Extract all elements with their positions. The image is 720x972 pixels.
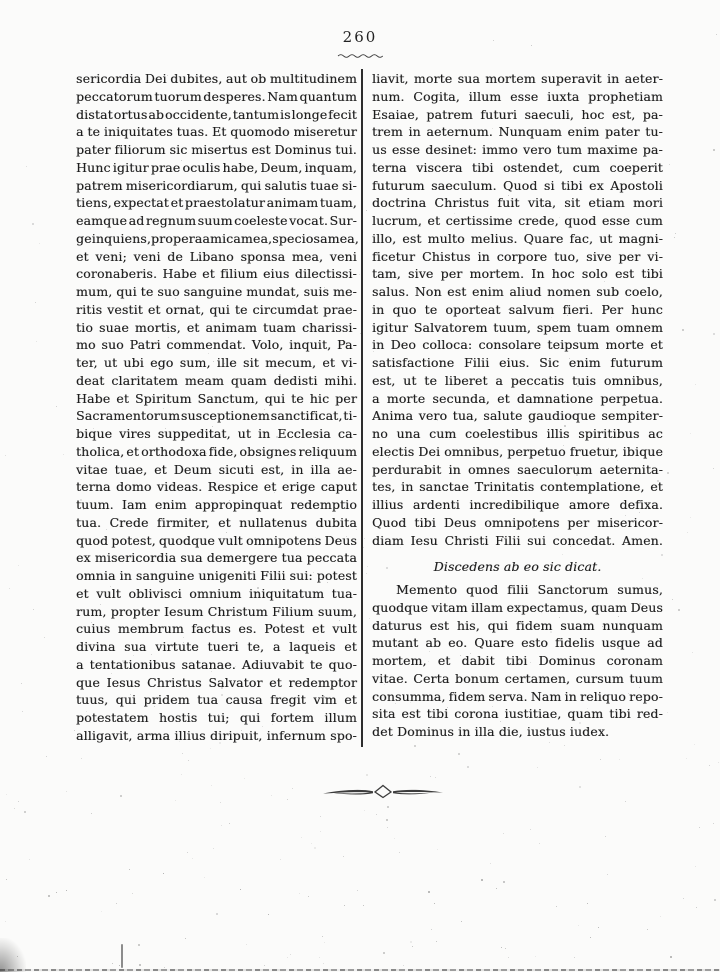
text-line: tam,sivepermortem.Inhocsoloesttibi — [372, 265, 663, 283]
text-line: mutantabeo.Quareestofidelisusquead — [372, 634, 663, 652]
scan-speck — [686, 758, 687, 759]
scan-speck — [667, 712, 668, 713]
scan-speck — [564, 745, 565, 746]
scan-speck — [264, 965, 265, 966]
scan-speck — [185, 938, 186, 939]
scan-speck — [5, 921, 6, 922]
scan-speck — [120, 795, 122, 797]
corner-smudge — [0, 938, 26, 972]
text-line: tiens,expectatetpraestolaturanimamtuam, — [76, 194, 357, 212]
scan-speck — [74, 730, 75, 731]
text-line: coronaberis.Habeetfiliumeiusdilectissi- — [76, 265, 357, 283]
page-number: 260 — [0, 28, 720, 46]
scan-speck — [175, 800, 176, 801]
text-line: mosuoPatricommendat.Volo,inquit,Pa- — [76, 336, 357, 354]
scan-speck — [192, 858, 193, 859]
scan-speck — [319, 957, 320, 958]
scan-speck — [244, 778, 245, 779]
scan-speck — [46, 756, 47, 757]
scan-speck — [461, 921, 462, 922]
scan-speck — [5, 455, 6, 456]
scan-speck — [44, 637, 45, 638]
scan-speck — [287, 799, 288, 800]
text-line: potestatemhostistui;quifortemillum — [76, 709, 357, 727]
text-line: Huncigiturpraeoculishabe,Deum,inquam, — [76, 159, 357, 177]
text-line: cuiusmembrumfactuses.Potestetvult — [76, 620, 357, 638]
scan-speck — [268, 914, 269, 915]
scan-speck — [430, 776, 431, 777]
text-line: salus.Nonestenimaliudnomensubcoelo, — [372, 283, 663, 301]
scan-speck — [344, 905, 345, 906]
scan-speck — [314, 847, 316, 849]
scan-speck — [56, 892, 57, 893]
section-heading: Discedens ab eo sic dicat. — [372, 558, 663, 576]
scan-speck — [216, 913, 218, 915]
scan-speck — [530, 829, 531, 830]
scan-speck — [204, 877, 205, 878]
wavy-underline-icon — [337, 52, 383, 59]
scan-speck — [428, 891, 430, 893]
text-line: tes,insanctaeTrinitatiscontemplatione,et — [372, 478, 663, 496]
scan-speck — [501, 947, 502, 948]
scan-speck — [695, 866, 696, 867]
text-line: eamqueadregnumsuumcoelestevocat.Sur- — [76, 212, 357, 230]
column-divider-rule — [361, 69, 363, 747]
scan-speck — [81, 758, 82, 759]
scan-speck — [714, 899, 716, 901]
scan-speck — [129, 869, 130, 870]
scan-speck — [359, 274, 360, 275]
text-line: omniainsanguineunigenitiFiliisui:potest — [76, 567, 357, 585]
page-bottom-edge-line — [0, 969, 720, 971]
scan-speck — [505, 948, 506, 949]
text-line: distatortusaboccidente,tantumislongefeci… — [76, 106, 357, 124]
scan-speck — [674, 237, 675, 238]
scan-speck — [496, 888, 497, 889]
scan-speck — [403, 965, 404, 966]
scan-speck — [213, 848, 214, 849]
scan-speck — [625, 801, 626, 802]
scan-speck — [660, 916, 661, 917]
scan-speck — [587, 903, 588, 904]
scan-speck — [26, 166, 27, 167]
scan-speck — [369, 618, 370, 619]
scan-speck — [574, 957, 575, 958]
scan-speck — [36, 341, 37, 342]
text-line: etvultoblivisciomniuminiquitatumtua- — [76, 585, 357, 603]
scan-speck — [412, 946, 413, 947]
scan-speck — [535, 956, 536, 957]
text-line: tuum.Iamenimappropinquatredemptio — [76, 496, 357, 514]
scan-speck — [116, 903, 117, 904]
text-line: etveni;venideLibanosponsamea,veni — [76, 248, 357, 266]
text-line: geinquiens,properaamicamea,speciosamea, — [76, 230, 357, 248]
scan-speck — [210, 748, 211, 749]
text-line: doctrinaChristusfuitvita,sitetiammori — [372, 194, 663, 212]
scan-speck — [299, 893, 300, 894]
text-line: satisfactioneFiliieius.Sicenimfuturum — [372, 354, 663, 372]
text-line: electisDeiomnibus,perpetuofruetur,ibique — [372, 443, 663, 461]
scan-speck — [139, 964, 141, 966]
text-line: ternadomovideas.Respiceeterigecaput — [76, 478, 357, 496]
scan-speck — [6, 879, 7, 880]
text-line: usessedesinet:immoverotummaximepa- — [372, 141, 663, 159]
scan-speck — [56, 406, 57, 407]
text-line: rum,propterIesumChristumFiliumsuum, — [76, 603, 357, 621]
scanned-book-page: 260 sericordiaDeidubites,autobmultitudin… — [0, 0, 720, 972]
scan-speck — [437, 849, 438, 850]
scan-speck — [66, 791, 67, 792]
text-line: peccatorumtuorumdesperes.Namquantum — [76, 88, 357, 106]
scan-speck — [490, 863, 491, 864]
scan-speck — [481, 879, 483, 881]
scan-speck — [363, 547, 364, 548]
scan-speck — [713, 823, 714, 824]
text-line: tiosuaemortis,etanimamtuamcharissi- — [76, 319, 357, 337]
text-line: tholica,etorthodoxafide,obsignesreliquum — [76, 443, 357, 461]
scan-speck — [607, 874, 608, 875]
scan-speck — [713, 149, 715, 151]
paragraph-block: liavit,mortesuamortemsuperavitinaeter-nu… — [372, 70, 663, 549]
text-line: illiusardentiincredibiliqueamoredefixa. — [372, 496, 663, 514]
scan-speck — [672, 599, 673, 600]
scan-speck — [33, 609, 34, 610]
scan-speck — [101, 911, 102, 912]
scan-speck — [376, 814, 377, 815]
text-line: perdurabitinomnessaeculorumaeternita- — [372, 461, 663, 479]
scan-speck — [290, 954, 291, 955]
text-line: mum,quitesuosanguinemundat,suisme- — [76, 283, 357, 301]
scan-speck — [163, 873, 164, 874]
scan-speck — [692, 652, 693, 653]
scan-speck — [63, 454, 64, 455]
scan-speck — [364, 810, 365, 811]
text-line: ficeturChistusincorporetuo,sivepervi- — [372, 248, 663, 266]
scan-speck — [695, 384, 696, 385]
scan-speck — [387, 827, 388, 828]
scan-speck — [503, 881, 505, 883]
text-line: tuus,quipridemtuacausafregitvimet — [76, 691, 357, 709]
scan-speck — [579, 786, 581, 788]
text-line: tua.Credefirmiter,etnullatenusdubita — [76, 514, 357, 532]
text-line: Esaiae,patremfuturisaeculi,hocest,pa- — [372, 106, 663, 124]
text-line: ter,utubiegosum,illesitmecum,etvi- — [76, 354, 357, 372]
text-line: exmisericordiasuademergeretuapeccata — [76, 549, 357, 567]
scan-speck — [364, 538, 365, 539]
scan-speck — [675, 233, 676, 234]
scan-speck — [690, 517, 691, 518]
scan-speck — [188, 760, 189, 761]
scan-speck — [66, 890, 67, 891]
scan-speck — [366, 210, 367, 211]
text-line: quodpotest,quodquevultomnipotensDeus — [76, 532, 357, 550]
text-line: futurumsaeculum.QuodsitibiexApostoli — [372, 177, 663, 195]
scan-speck — [434, 903, 435, 904]
scan-speck — [320, 831, 321, 832]
text-line: ritisvestitetornat,quitecircumdatprae- — [76, 301, 357, 319]
scan-speck — [647, 929, 648, 930]
scan-speck — [683, 898, 684, 899]
text-line: vitaetuae,etDeumsicutiest,inillaae- — [76, 461, 357, 479]
scan-speck — [383, 952, 385, 954]
text-line: Animaverotua,salutegaudioquesempiter- — [372, 407, 663, 425]
scan-speck — [271, 795, 272, 796]
scan-speck — [324, 942, 325, 943]
scan-speck — [467, 766, 469, 768]
text-line: atentationibussatanae.Adiuvabittequo- — [76, 656, 357, 674]
scan-speck — [605, 836, 606, 837]
scan-speck — [164, 967, 165, 968]
text-line: ternavisceratibiostendet,cumcoeperit — [372, 159, 663, 177]
scan-speck — [687, 532, 688, 533]
text-line: ateiniquitatestuas.Etquomodomiseretur — [76, 123, 357, 141]
scan-speck — [6, 794, 7, 795]
scan-speck — [343, 856, 344, 857]
text-line: inDeocolloca:consolareteipsummorteet — [372, 336, 663, 354]
text-column-right: liavit,mortesuamortemsuperavitinaeter-nu… — [372, 70, 663, 741]
scan-speck — [598, 927, 599, 928]
scan-speck — [709, 765, 710, 766]
text-line: queIesusChristusSalvatoretredemptor — [76, 674, 357, 692]
scan-speck — [18, 801, 19, 802]
text-line: paterfiliorumsicmisertusestDominustui. — [76, 141, 357, 159]
text-line: sitaesttibicoronaiustitiae,quamtibired- — [372, 705, 663, 723]
scan-speck — [21, 683, 22, 684]
text-line: lucrum,etcertissimecrede,quodessecum — [372, 212, 663, 230]
scan-speck — [91, 813, 92, 814]
scan-speck — [18, 565, 19, 566]
scan-speck — [14, 808, 15, 809]
text-line: igiturSalvatoremtuum,spemtuamomnem — [372, 319, 663, 337]
scan-speck — [292, 788, 293, 789]
scan-speck — [590, 937, 591, 938]
scan-speck — [713, 333, 715, 335]
text-line: vitae.Certabonumcertamen,cursumtuum — [372, 670, 663, 688]
scan-speck — [619, 759, 620, 760]
scan-speck — [24, 811, 26, 813]
scan-speck — [311, 843, 312, 844]
text-line: illo,estmultomelius.Quarefac,utmagni- — [372, 230, 663, 248]
scan-speck — [387, 806, 389, 808]
scan-speck — [578, 925, 579, 926]
scan-speck — [537, 767, 538, 768]
scan-speck — [32, 223, 34, 225]
text-line: nounacumcoelestibusillisspiritibusac — [372, 425, 663, 443]
scan-speck — [367, 566, 368, 567]
scan-speck — [301, 837, 302, 838]
text-line: treminaeternum.Nunquamenimpatertu- — [372, 123, 663, 141]
scan-speck — [138, 944, 140, 946]
scan-speck — [394, 838, 395, 839]
scan-speck — [669, 164, 670, 165]
scan-speck — [713, 468, 714, 469]
text-line: Sacramentorumsusceptionemsanctificat,ti- — [76, 407, 357, 425]
text-line: num.Cogita,illumesseiuxtaprophetiam — [372, 88, 663, 106]
scan-speck — [458, 753, 460, 755]
scan-speck — [119, 965, 120, 966]
scan-speck — [357, 890, 358, 891]
scan-speck — [718, 762, 719, 763]
scan-speck — [35, 302, 36, 303]
text-line: sericordiaDeidubites,autobmultitudinem — [76, 70, 357, 88]
scan-speck — [229, 823, 230, 824]
text-line: quodquevitamillamexpectamus,quamDeus — [372, 599, 663, 617]
scan-speck — [308, 896, 309, 897]
paragraph-block: MementoquodfiliiSanctorumsumus,quodquevi… — [372, 581, 663, 741]
scan-speck — [181, 774, 182, 775]
scan-speck — [670, 956, 672, 958]
text-line: det Dominus in illa die, iustus iudex. — [372, 723, 663, 741]
text-line: inquoteoporteatsalvumfieri.Perhunc — [372, 301, 663, 319]
text-line: liavit,mortesuamortemsuperavitinaeter- — [372, 70, 663, 88]
scan-speck — [363, 905, 364, 906]
text-line: est,utteliberetapeccatistuisomnibus, — [372, 372, 663, 390]
scan-scratch-mark — [121, 944, 123, 968]
scan-speck — [39, 243, 40, 244]
text-line: deatclaritatemmeamquamdedistimihi. — [76, 372, 357, 390]
text-line: consumma,fidemserva.Naminreliquorepo- — [372, 688, 663, 706]
scan-speck — [508, 957, 509, 958]
scan-speck — [503, 833, 504, 834]
scan-speck — [187, 852, 188, 853]
scan-speck — [9, 588, 10, 589]
scan-speck — [320, 816, 321, 817]
scan-speck — [112, 963, 113, 964]
scan-speck — [280, 859, 281, 860]
scan-speck — [667, 472, 669, 474]
scan-speck — [132, 893, 133, 894]
text-line: diamIesuChristiFiliisuiconcedat.Amen. — [372, 532, 663, 550]
scan-speck — [414, 745, 416, 747]
scan-speck — [221, 825, 222, 826]
text-line: patremmisericordiarum,quisalutistuaesi- — [76, 177, 357, 195]
scan-speck — [699, 827, 700, 828]
scan-speck — [678, 609, 680, 611]
scan-speck — [323, 963, 324, 964]
scan-speck — [211, 785, 212, 786]
scan-speck — [182, 753, 183, 754]
tailpiece-ornament-icon — [321, 783, 445, 801]
scan-speck — [600, 759, 601, 760]
scan-speck — [436, 941, 437, 942]
scan-speck — [240, 889, 241, 890]
text-line: HabeetSpiritumSanctum,quitehicper — [76, 390, 357, 408]
scan-speck — [29, 859, 30, 860]
scan-speck — [48, 895, 50, 897]
scan-speck — [694, 744, 695, 745]
scan-speck — [410, 941, 412, 943]
scan-speck — [366, 774, 368, 776]
scan-speck — [539, 843, 540, 844]
text-line: biqueviressuppeditat,utinEcclesiaca- — [76, 425, 357, 443]
text-line: MementoquodfiliiSanctorumsumus, — [372, 581, 663, 599]
scan-speck — [682, 329, 684, 331]
text-line: QuodtibiDeusomnipotenspermisericor- — [372, 514, 663, 532]
scan-speck — [431, 929, 432, 930]
text-line: daturusesthis,quifidemsuamnunquam — [372, 617, 663, 635]
scan-speck — [17, 956, 18, 957]
scan-speck — [287, 957, 288, 958]
scan-speck — [366, 573, 367, 574]
text-line: amortesecunda,etdamnationeperpetua. — [372, 390, 663, 408]
scan-speck — [220, 802, 221, 803]
text-line: alligavit,armailliusdiripuit,infernumspo… — [76, 727, 357, 745]
scan-speck — [690, 433, 691, 434]
scan-speck — [435, 777, 436, 778]
scan-speck — [246, 944, 247, 945]
scan-speck — [322, 936, 323, 937]
scan-speck — [549, 742, 550, 743]
text-column-left: sericordiaDeidubites,autobmultitudinempe… — [76, 70, 357, 745]
scan-speck — [556, 906, 557, 907]
text-line: divinasuavirtutetuerite,alaqueiset — [76, 638, 357, 656]
scan-speck — [399, 852, 400, 853]
scan-speck — [696, 907, 697, 908]
scan-speck — [386, 819, 388, 821]
text-line: mortem,etdabittibiDominuscoronam — [372, 652, 663, 670]
scan-speck — [22, 711, 23, 712]
